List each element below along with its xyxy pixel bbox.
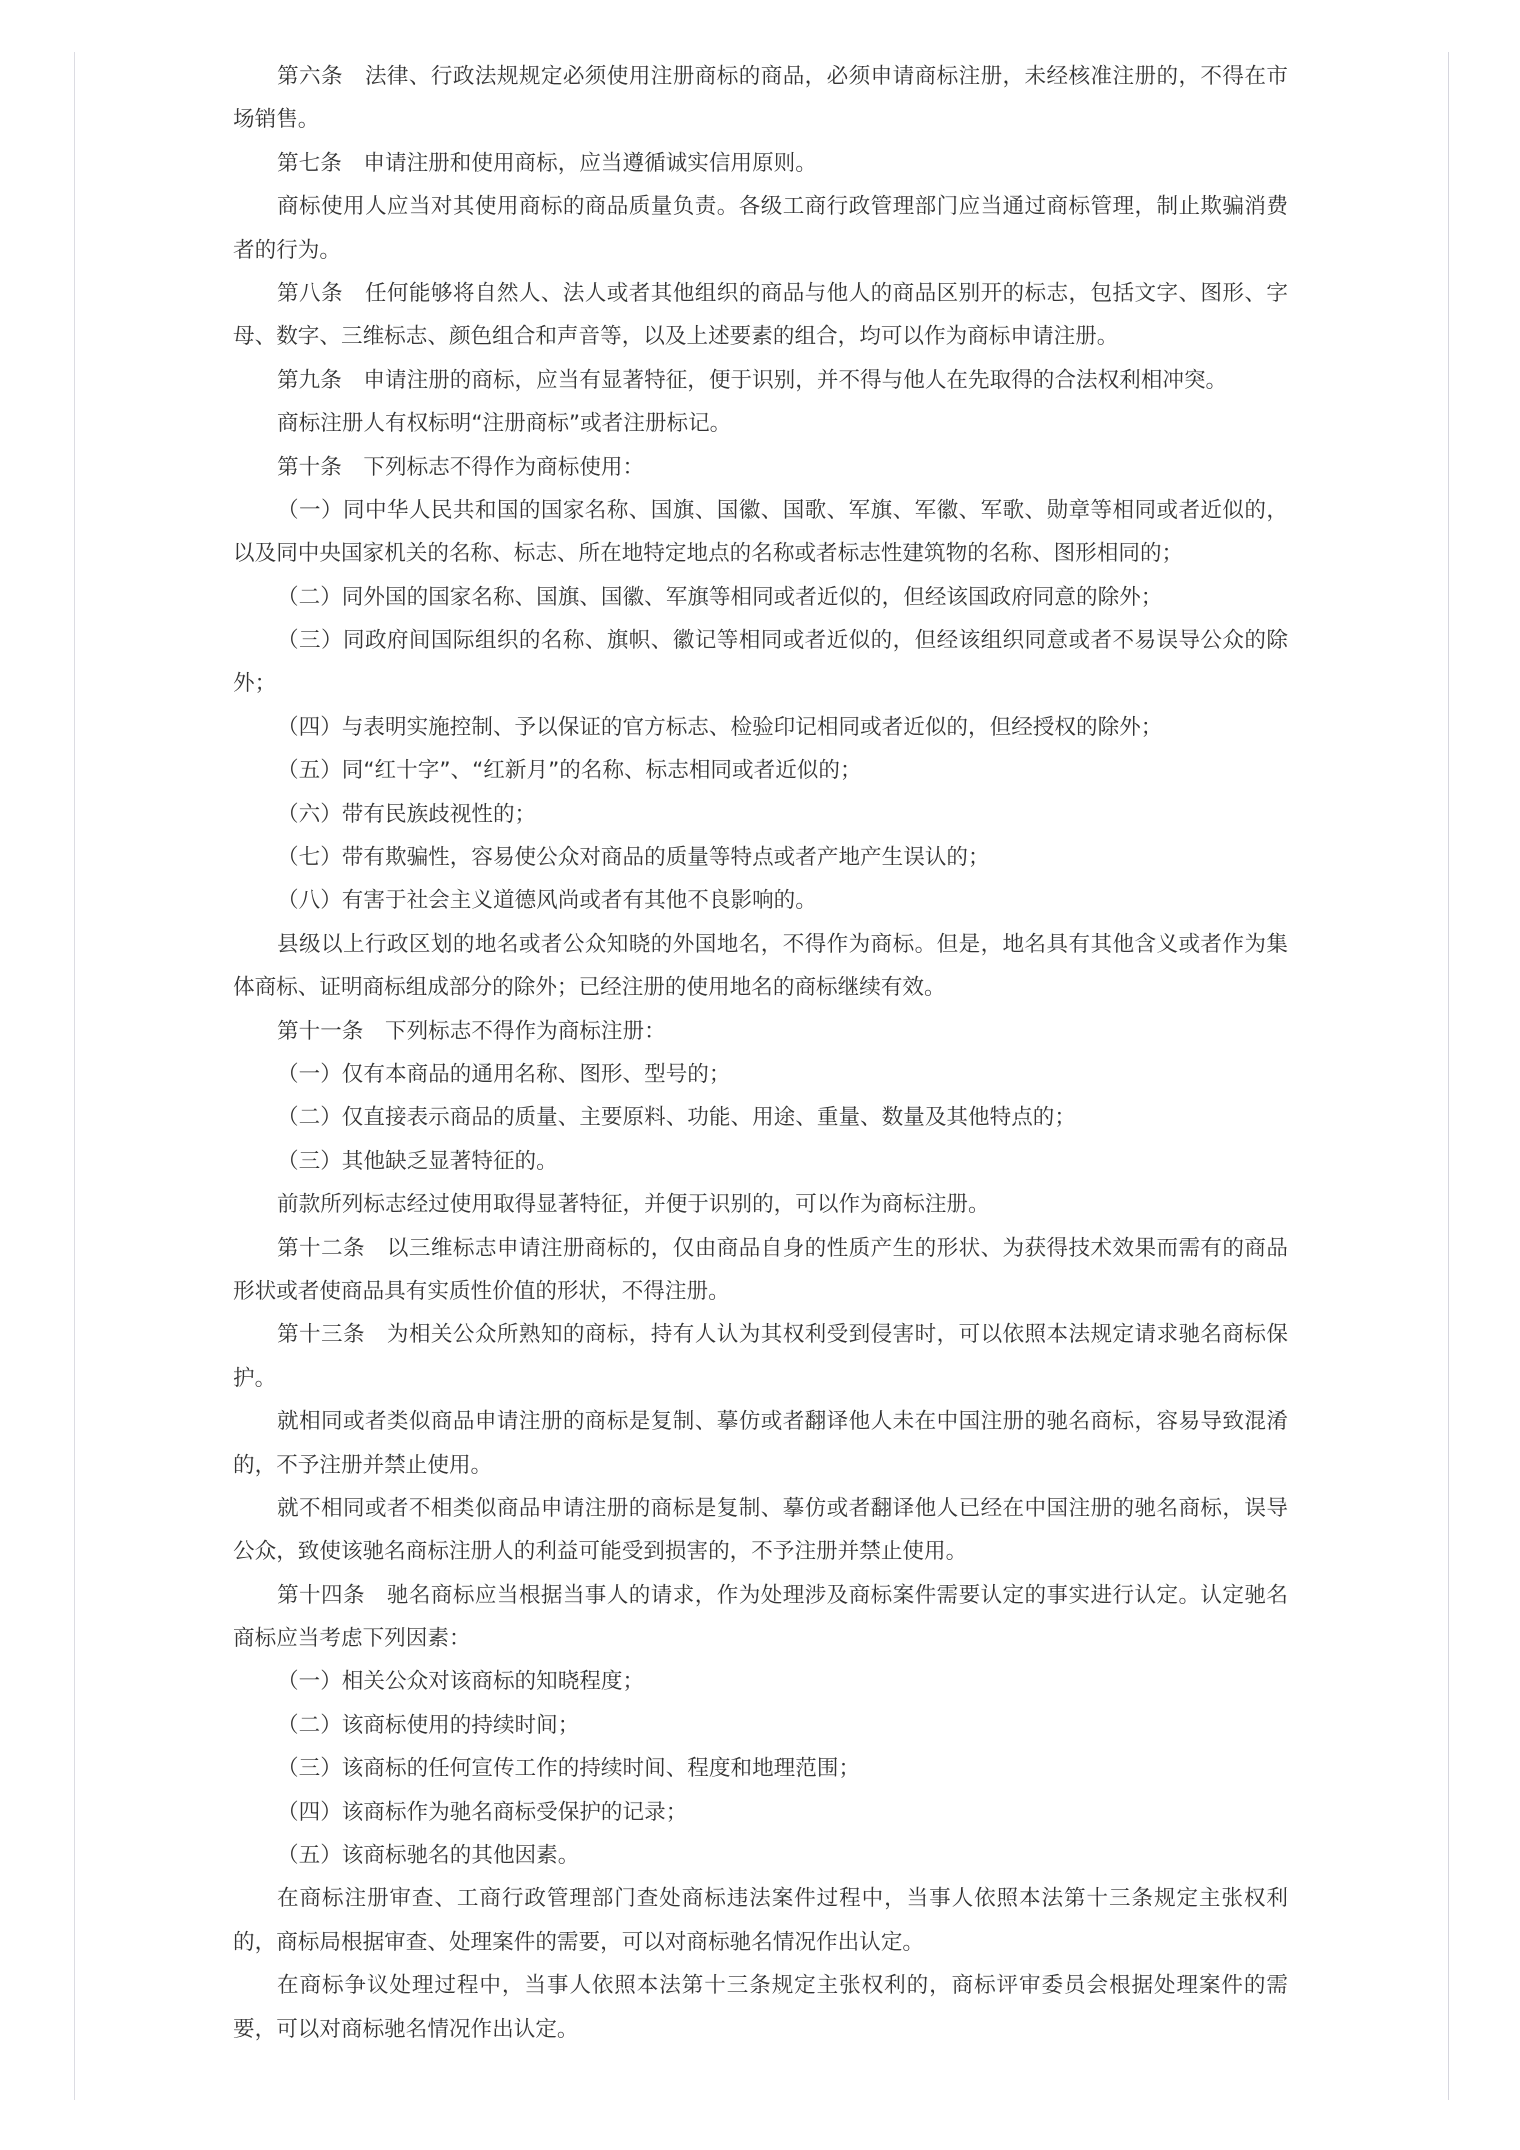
text-line: 的，不予注册并禁止使用。	[233, 1444, 1288, 1487]
text-line: （二）同外国的国家名称、国旗、国徽、军旗等相同或者近似的，但经该国政府同意的除外…	[233, 576, 1288, 619]
page-border-right	[1448, 52, 1449, 2100]
text-line: 护。	[233, 1357, 1288, 1400]
text-line: 第十二条 以三维标志申请注册商标的，仅由商品自身的性质产生的形状、为获得技术效果…	[233, 1227, 1288, 1270]
text-line: 第七条 申请注册和使用商标，应当遵循诚实信用原则。	[233, 142, 1288, 185]
page-border-left	[74, 52, 75, 2100]
text-line: 第八条 任何能够将自然人、法人或者其他组织的商品与他人的商品区别开的标志，包括文…	[233, 272, 1288, 315]
text-line: 的，商标局根据审查、处理案件的需要，可以对商标驰名情况作出认定。	[233, 1921, 1288, 1964]
text-line: 第十条 下列标志不得作为商标使用：	[233, 446, 1288, 489]
text-line: 在商标争议处理过程中，当事人依照本法第十三条规定主张权利的，商标评审委员会根据处…	[233, 1964, 1288, 2007]
text-line: 场销售。	[233, 98, 1288, 141]
text-line: 商标应当考虑下列因素：	[233, 1617, 1288, 1660]
text-line: （三）该商标的任何宣传工作的持续时间、程度和地理范围；	[233, 1747, 1288, 1790]
text-line: （二）仅直接表示商品的质量、主要原料、功能、用途、重量、数量及其他特点的；	[233, 1096, 1288, 1139]
text-line: 商标注册人有权标明“注册商标”或者注册标记。	[233, 402, 1288, 445]
text-line: 要，可以对商标驰名情况作出认定。	[233, 2008, 1288, 2051]
text-line: 第十四条 驰名商标应当根据当事人的请求，作为处理涉及商标案件需要认定的事实进行认…	[233, 1574, 1288, 1617]
document-body: 第六条 法律、行政法规规定必须使用注册商标的商品，必须申请商标注册，未经核准注册…	[233, 55, 1288, 2051]
text-line: 外；	[233, 662, 1288, 705]
text-line: 县级以上行政区划的地名或者公众知晓的外国地名，不得作为商标。但是，地名具有其他含…	[233, 923, 1288, 966]
text-line: （八）有害于社会主义道德风尚或者有其他不良影响的。	[233, 879, 1288, 922]
text-line: 形状或者使商品具有实质性价值的形状，不得注册。	[233, 1270, 1288, 1313]
text-line: （四）与表明实施控制、予以保证的官方标志、检验印记相同或者近似的，但经授权的除外…	[233, 706, 1288, 749]
text-line: 在商标注册审查、工商行政管理部门查处商标违法案件过程中，当事人依照本法第十三条规…	[233, 1877, 1288, 1920]
text-line: 第九条 申请注册的商标，应当有显著特征，便于识别，并不得与他人在先取得的合法权利…	[233, 359, 1288, 402]
text-line: 以及同中央国家机关的名称、标志、所在地特定地点的名称或者标志性建筑物的名称、图形…	[233, 532, 1288, 575]
text-line: （三）同政府间国际组织的名称、旗帜、徽记等相同或者近似的，但经该组织同意或者不易…	[233, 619, 1288, 662]
text-line: 体商标、证明商标组成部分的除外；已经注册的使用地名的商标继续有效。	[233, 966, 1288, 1009]
text-line: （一）仅有本商品的通用名称、图形、型号的；	[233, 1053, 1288, 1096]
text-line: （七）带有欺骗性，容易使公众对商品的质量等特点或者产地产生误认的；	[233, 836, 1288, 879]
text-line: 公众，致使该驰名商标注册人的利益可能受到损害的，不予注册并禁止使用。	[233, 1530, 1288, 1573]
text-line: （一）相关公众对该商标的知晓程度；	[233, 1660, 1288, 1703]
text-line: 母、数字、三维标志、颜色组合和声音等，以及上述要素的组合，均可以作为商标申请注册…	[233, 315, 1288, 358]
text-line: 就相同或者类似商品申请注册的商标是复制、摹仿或者翻译他人未在中国注册的驰名商标，…	[233, 1400, 1288, 1443]
text-line: 第六条 法律、行政法规规定必须使用注册商标的商品，必须申请商标注册，未经核准注册…	[233, 55, 1288, 98]
text-line: 就不相同或者不相类似商品申请注册的商标是复制、摹仿或者翻译他人已经在中国注册的驰…	[233, 1487, 1288, 1530]
text-line: 第十一条 下列标志不得作为商标注册：	[233, 1010, 1288, 1053]
text-line: （五）该商标驰名的其他因素。	[233, 1834, 1288, 1877]
text-line: 商标使用人应当对其使用商标的商品质量负责。各级工商行政管理部门应当通过商标管理，…	[233, 185, 1288, 228]
text-line: 第十三条 为相关公众所熟知的商标，持有人认为其权利受到侵害时，可以依照本法规定请…	[233, 1313, 1288, 1356]
text-line: （五）同“红十字”、“红新月”的名称、标志相同或者近似的；	[233, 749, 1288, 792]
text-line: 者的行为。	[233, 229, 1288, 272]
text-line: （四）该商标作为驰名商标受保护的记录；	[233, 1791, 1288, 1834]
text-line: （二）该商标使用的持续时间；	[233, 1704, 1288, 1747]
text-line: （三）其他缺乏显著特征的。	[233, 1140, 1288, 1183]
text-line: 前款所列标志经过使用取得显著特征，并便于识别的，可以作为商标注册。	[233, 1183, 1288, 1226]
text-line: （一）同中华人民共和国的国家名称、国旗、国徽、国歌、军旗、军徽、军歌、勋章等相同…	[233, 489, 1288, 532]
text-line: （六）带有民族歧视性的；	[233, 793, 1288, 836]
